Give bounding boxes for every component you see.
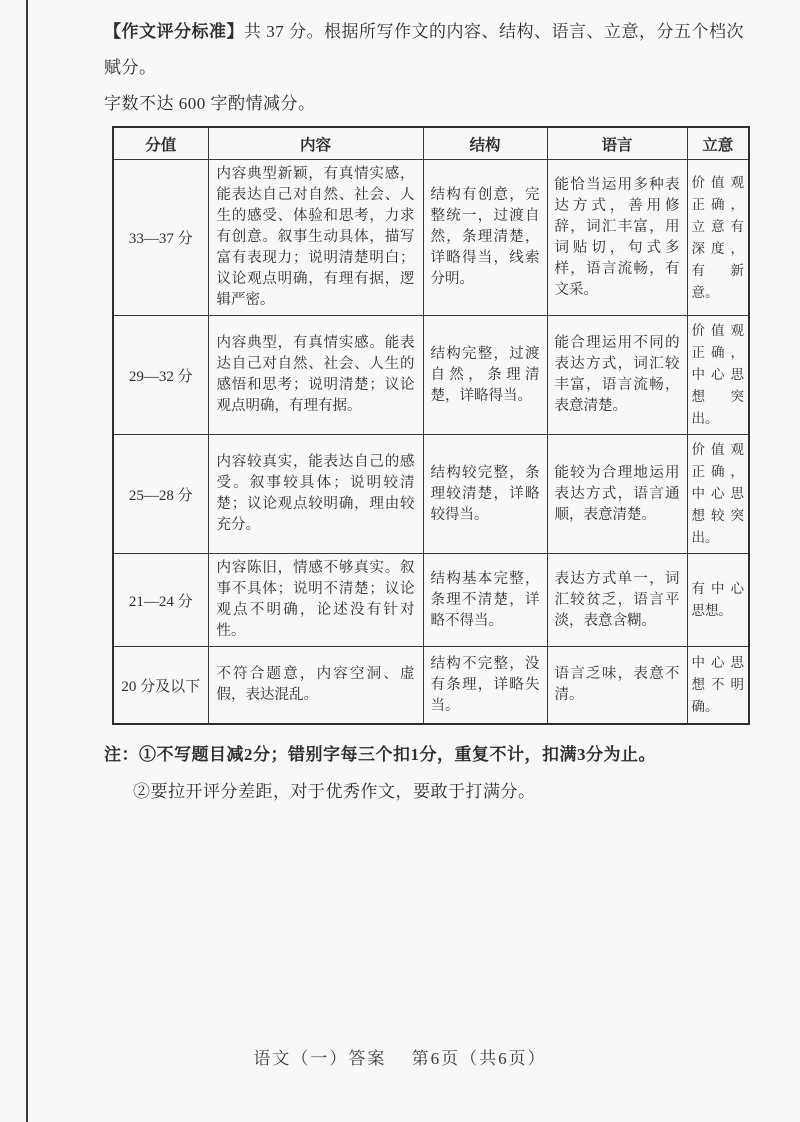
theme-cell: 价值观正确，中心思想突出。 — [687, 316, 749, 435]
note-line2: ②要拉开评分差距，对于优秀作文，要敢于打满分。 — [104, 773, 752, 810]
theme-cell: 中心思想不明确。 — [687, 647, 749, 725]
language-cell: 能恰当运用多种表达方式，善用修辞，词汇丰富，用词贴切，句式多样，语言流畅，有文采… — [547, 160, 687, 316]
content-cell: 内容典型，有真情实感。能表达自己对自然、社会、人生的感悟和思考；说明清楚；议论观… — [208, 316, 423, 435]
content-cell: 内容陈旧，情感不够真实。叙事不具体；说明不清楚；议论观点不明确，论述没有针对性。 — [208, 554, 423, 647]
document-page: 【作文评分标准】共 37 分。根据所写作文的内容、结构、语言、立意，分五个档次赋… — [0, 0, 800, 1122]
table-row: 33—37 分 内容典型新颖，有真情实感，能表达自己对自然、社会、人生的感受、体… — [113, 160, 749, 316]
language-cell: 能合理运用不同的表达方式，词汇较丰富，语言流畅，表意清楚。 — [547, 316, 687, 435]
rubric-intro-line2: 字数不达 600 字酌情减分。 — [104, 86, 752, 122]
note-line1: 注：①不写题目减2分；错别字每三个扣1分，重复不计，扣满3分为止。 — [104, 736, 752, 773]
structure-cell: 结构基本完整，条理不清楚，详略不得当。 — [423, 554, 547, 647]
table-row: 20 分及以下 不符合题意，内容空洞、虚假，表达混乱。 结构不完整，没有条理，详… — [113, 647, 749, 725]
table-row: 29—32 分 内容典型，有真情实感。能表达自己对自然、社会、人生的感悟和思考；… — [113, 316, 749, 435]
content-cell: 内容典型新颖，有真情实感，能表达自己对自然、社会、人生的感受、体验和思考，力求有… — [208, 160, 423, 316]
theme-cell: 价值观正确，中心思想较突出。 — [687, 435, 749, 554]
language-cell: 表达方式单一，词汇较贫乏，语言平淡，表意含糊。 — [547, 554, 687, 647]
score-cell: 20 分及以下 — [113, 647, 208, 725]
content-cell: 内容较真实，能表达自己的感受。叙事较具体；说明较清楚；议论观点较明确，理由较充分… — [208, 435, 423, 554]
rubric-intro-line1: 【作文评分标准】共 37 分。根据所写作文的内容、结构、语言、立意，分五个档次赋… — [104, 14, 752, 86]
structure-cell: 结构有创意，完整统一，过渡自然，条理清楚，详略得当，线索分明。 — [423, 160, 547, 316]
score-cell: 25—28 分 — [113, 435, 208, 554]
structure-cell: 结构完整，过渡自然，条理清楚，详略得当。 — [423, 316, 547, 435]
structure-cell: 结构较完整，条理较清楚，详略较得当。 — [423, 435, 547, 554]
col-header-theme: 立意 — [687, 127, 749, 160]
page-footer: 语文（一）答案 第6页（共6页） — [0, 1044, 800, 1069]
col-header-content: 内容 — [208, 127, 423, 160]
structure-cell: 结构不完整，没有条理，详略失当。 — [423, 647, 547, 725]
theme-cell: 有中心思想。 — [687, 554, 749, 647]
content-cell: 不符合题意，内容空洞、虚假，表达混乱。 — [208, 647, 423, 725]
col-header-structure: 结构 — [423, 127, 547, 160]
rubric-title: 【作文评分标准】 — [104, 22, 244, 41]
language-cell: 语言乏味，表意不清。 — [547, 647, 687, 725]
table-header-row: 分值 内容 结构 语言 立意 — [113, 127, 749, 160]
rubric-section: 【作文评分标准】共 37 分。根据所写作文的内容、结构、语言、立意，分五个档次赋… — [104, 14, 752, 810]
rubric-table: 分值 内容 结构 语言 立意 33—37 分 内容典型新颖，有真情实感，能表达自… — [112, 126, 750, 725]
score-cell: 33—37 分 — [113, 160, 208, 316]
col-header-language: 语言 — [547, 127, 687, 160]
score-cell: 21—24 分 — [113, 554, 208, 647]
score-cell: 29—32 分 — [113, 316, 208, 435]
theme-cell: 价值观正确，立意有深度，有新意。 — [687, 160, 749, 316]
language-cell: 能较为合理地运用表达方式，语言通顺，表意清楚。 — [547, 435, 687, 554]
table-row: 25—28 分 内容较真实，能表达自己的感受。叙事较具体；说明较清楚；议论观点较… — [113, 435, 749, 554]
col-header-score: 分值 — [113, 127, 208, 160]
page-edge-line — [26, 0, 28, 1122]
table-row: 21—24 分 内容陈旧，情感不够真实。叙事不具体；说明不清楚；议论观点不明确，… — [113, 554, 749, 647]
